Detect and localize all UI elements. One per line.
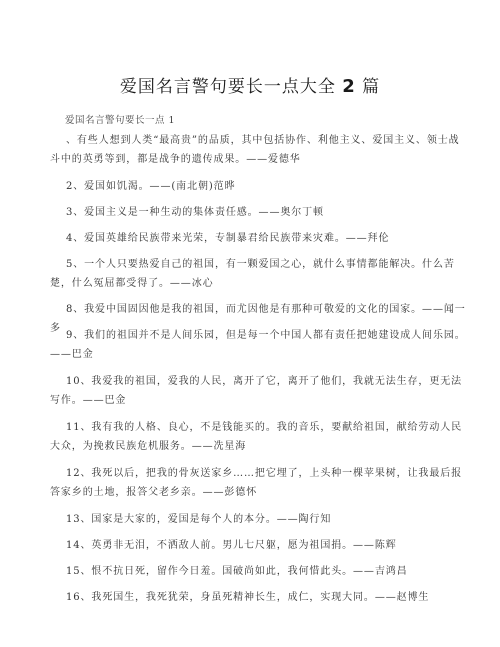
quote-paragraph: 3、爱国主义是一种生动的集体责任感。——奥尔丁顿 — [50, 203, 468, 222]
quote-paragraph: 11、我有我的人格、良心，不是钱能买的。我的音乐，要献给祖国，献给劳动人民大众，… — [50, 418, 468, 456]
quote-paragraph: 12、我死以后，把我的骨灰送家乡……把它埋了，上头种一棵苹果树，让我最后报答家乡… — [50, 464, 468, 502]
quote-paragraph: 5、一个人只要热爱自己的祖国，有一颗爱国之心，就什么事情都能解决。什么苦楚，什么… — [50, 255, 468, 293]
quote-paragraph: 10、我爱我的祖国，爱我的人民，离开了它，离开了他们，我就无法生存，更无法写作。… — [50, 372, 468, 410]
quote-paragraph: 14、英勇非无泪，不洒敌人前。男儿七尺躯，愿为祖国捐。——陈辉 — [50, 536, 468, 555]
title-text: 爱国名言警句要长一点大全 — [120, 77, 336, 97]
title-number: 2 — [342, 76, 356, 97]
section-subtitle: 爱国名言警句要长一点 1 — [65, 112, 175, 126]
quote-paragraph: 13、国家是大家的，爱国是每个人的本分。——陶行知 — [50, 510, 468, 529]
quote-paragraph: 、有些人想到人类“最高贵”的品质，其中包括协作、利他主义、爱国主义、领士战斗中的… — [50, 131, 468, 169]
quote-paragraph: 15、恨不抗日死，留作今日羞。国破尚如此，我何惜此头。——吉鸿昌 — [50, 562, 468, 581]
quote-paragraph: 9、我们的祖国并不是人间乐园，但是每一个中国人都有责任把她建设成人间乐园。——巴… — [50, 326, 468, 364]
quote-paragraph: 2、爱国如饥渴。——(南北朝)范晔 — [50, 177, 468, 196]
document-page: 爱国名言警句要长一点大全 2 篇 爱国名言警句要长一点 1 、有些人想到人类“最… — [0, 0, 500, 647]
title-suffix: 篇 — [362, 77, 380, 97]
document-title: 爱国名言警句要长一点大全 2 篇 — [0, 76, 500, 98]
quote-paragraph: 4、爱国英雄给民族带来光荣，专制暴君给民族带来灾难。——拜伦 — [50, 229, 468, 248]
quote-paragraph: 16、我死国生，我死犹荣，身虽死精神长生，成仁，实现大同。——赵博生 — [50, 588, 468, 607]
